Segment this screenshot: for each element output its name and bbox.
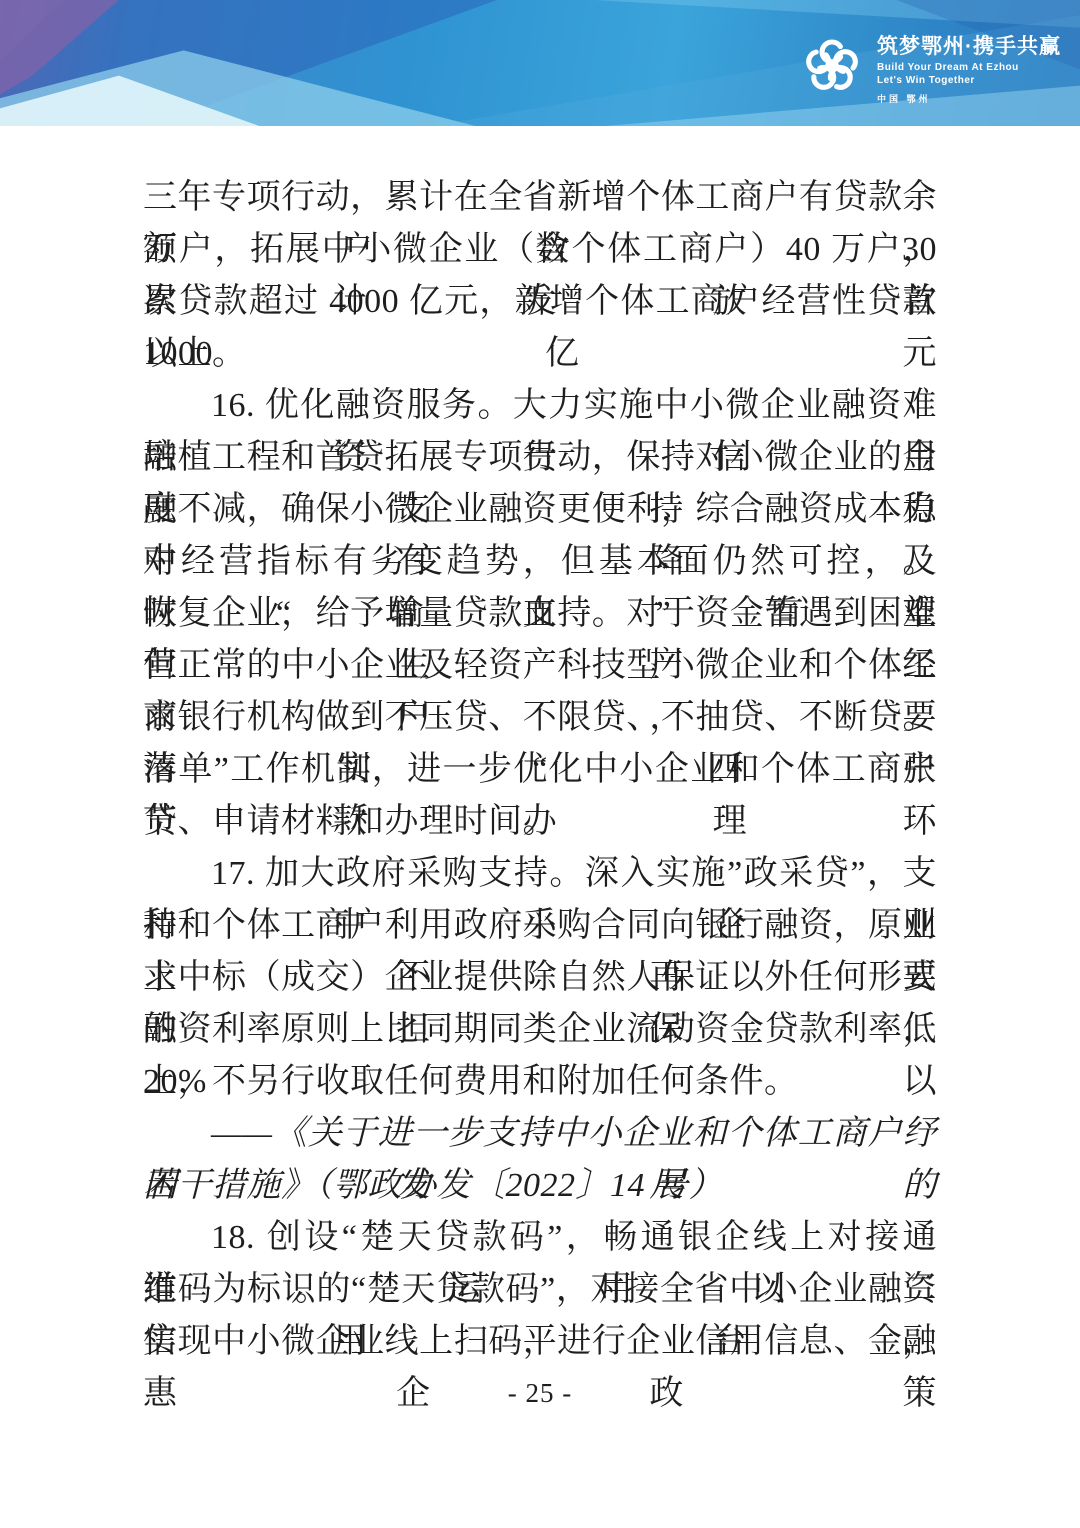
text-line: 营正常的中小企业及轻资产科技型小微企业和个体工商户，要: [143, 640, 937, 692]
text-line: 清单”工作机制，进一步优化中小企业和个体工商户贷款办理环: [143, 744, 937, 796]
text-line: 万户，拓展中小微企业（含个体工商户）40 万户，累计发放首: [143, 224, 937, 276]
text-line: 度不减，确保小微企业融资更便利，综合融资成本稳中有降。: [143, 484, 937, 536]
text-line: 培植工程和首贷拓展专项行动，保持对小微企业的金融支持力: [143, 432, 937, 484]
logo-title: 筑梦鄂州·携手共赢: [877, 34, 1061, 60]
ezhou-logo: 筑梦鄂州·携手共赢 Build Your Dream At Ezhou Let'…: [800, 34, 1061, 106]
logo-subtitle-en-2: Let's Win Together: [877, 75, 1061, 88]
text-line: 实现中小微企业线上扫码，进行企业信用信息、金融惠企政策: [143, 1316, 937, 1368]
citation-line: ——《关于进一步支持中小企业和个体工商户纾困发展的: [143, 1108, 937, 1160]
page-number: - 25 -: [0, 1378, 1080, 1409]
text-line: 和和个体工商户利用政府采购合同向银行融资，原则上不再要: [143, 900, 937, 952]
text-line: 16. 优化融资服务。大力实施中小微企业融资难融资贵信用: [143, 380, 937, 432]
text-line: 次贷款超过 4000 亿元，新增个体工商户经营性贷款 1000 亿元: [143, 276, 937, 328]
document-body: 三年专项行动，累计在全省新增个体工商户有贷款余额户数 30 万户，拓展中小微企业…: [143, 172, 937, 1368]
text-line: 三年专项行动，累计在全省新增个体工商户有贷款余额户数 30: [143, 172, 937, 224]
plum-blossom-icon: [800, 34, 864, 98]
header-banner: 筑梦鄂州·携手共赢 Build Your Dream At Ezhou Let'…: [0, 0, 1080, 126]
text-line: 求银行机构做到不压贷、不限贷、不抽贷、不断贷。落实“四张: [143, 692, 937, 744]
text-line: 17. 加大政府采购支持。深入实施”政采贷”，支持中小企业: [143, 848, 937, 900]
logo-subtitle-en-1: Build Your Dream At Ezhou: [877, 62, 1061, 75]
text-line: 恢复企业，给予增量贷款支持。对于资金暂遇到困难但生产经: [143, 588, 937, 640]
document-page: 筑梦鄂州·携手共赢 Build Your Dream At Ezhou Let'…: [0, 0, 1080, 1528]
logo-caption: 中国 鄂州: [877, 94, 1061, 105]
text-line: 维码为标识的“楚天贷款码”，对接全省中小企业融资信用平台，: [143, 1264, 937, 1316]
logo-text-block: 筑梦鄂州·携手共赢 Build Your Dream At Ezhou Let'…: [877, 34, 1061, 106]
text-line: 融资利率原则上比同期同类企业流动资金贷款利率低 20%以: [143, 1004, 937, 1056]
text-line: 对经营指标有劣变趋势，但基本面仍然可控，及时“输血”有望: [143, 536, 937, 588]
text-line: 18. 创设“楚天贷款码”，畅通银企线上对接通道。运用以二: [143, 1212, 937, 1264]
text-line: 求中标（成交）企业提供除自然人保证以外任何形式的担保，: [143, 952, 937, 1004]
